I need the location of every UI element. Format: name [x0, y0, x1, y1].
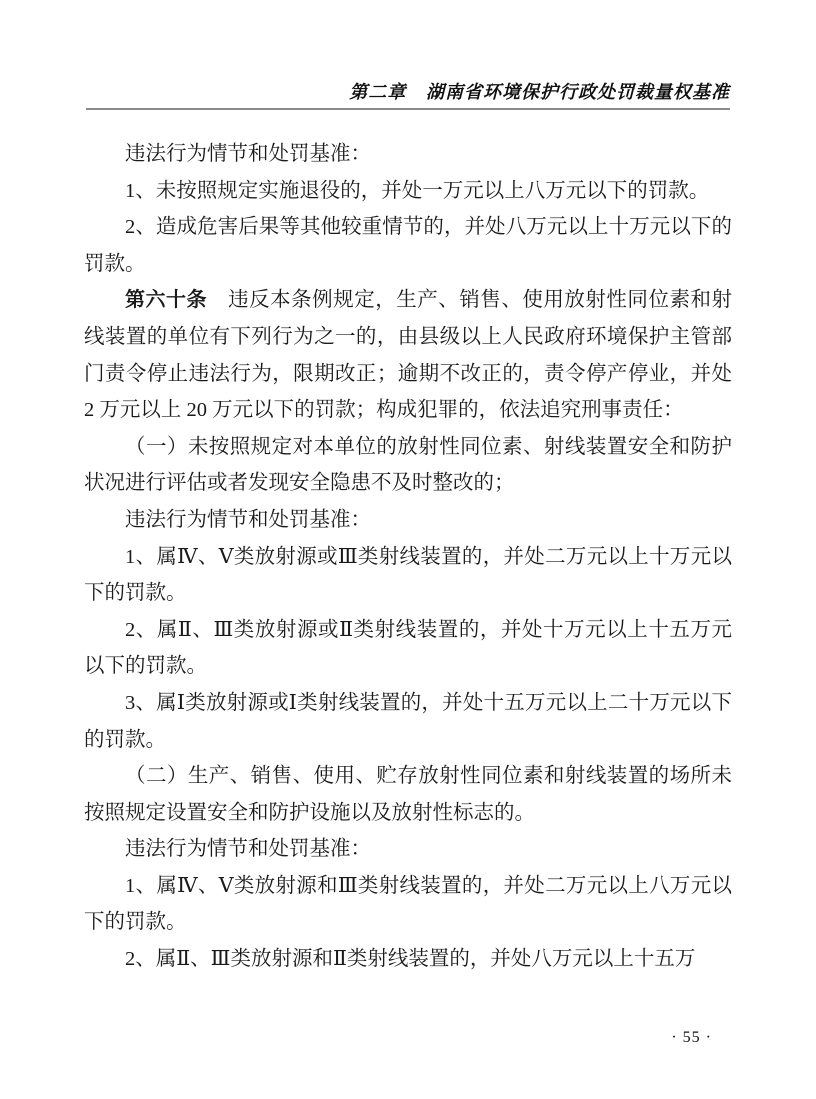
paragraph-item-1-class-iv-v: 1、属Ⅳ、Ⅴ类放射源或Ⅲ类射线装置的，并处二万元以上十万元以下的罚款。 — [84, 539, 732, 612]
document-page: 第二章湖南省环境保护行政处罚裁量权基准 违法行为情节和处罚基准： 1、未按照规定… — [0, 0, 816, 1099]
chapter-title: 湖南省环境保护行政处罚裁量权基准 — [426, 82, 730, 102]
paragraph-item-2-class-ii-iii: 2、属Ⅱ、Ⅲ类放射源或Ⅱ类射线装置的，并处十万元以上十五万元以下的罚款。 — [84, 612, 732, 685]
paragraph-penalty-basis-heading: 违法行为情节和处罚基准： — [84, 136, 732, 173]
chapter-label: 第二章 — [349, 82, 406, 102]
paragraph-penalty-basis-heading-3: 违法行为情节和处罚基准： — [84, 831, 732, 868]
paragraph-article-60: 第六十条 违反本条例规定，生产、销售、使用放射性同位素和射线装置的单位有下列行为… — [84, 282, 732, 428]
paragraph-item-1: 1、未按照规定实施退役的，并处一万元以上八万元以下的罚款。 — [84, 173, 732, 210]
paragraph-item-2: 2、造成危害后果等其他较重情节的，并处八万元以上十万元以下的罚款。 — [84, 209, 732, 282]
paragraph-subitem-two: （二）生产、销售、使用、贮存放射性同位素和射线装置的场所未按照规定设置安全和防护… — [84, 758, 732, 831]
article-60-number: 第六十条 — [125, 289, 207, 311]
paragraph-item-2b-class-ii-iii: 2、属Ⅱ、Ⅲ类放射源和Ⅱ类射线装置的，并处八万元以上十五万 — [84, 941, 732, 978]
paragraph-penalty-basis-heading-2: 违法行为情节和处罚基准： — [84, 502, 732, 539]
page-number: · 55 · — [671, 1029, 712, 1046]
paragraph-item-1b-class-iv-v: 1、属Ⅳ、Ⅴ类放射源和Ⅲ类射线装置的，并处二万元以上八万元以下的罚款。 — [84, 868, 732, 941]
document-body: 违法行为情节和处罚基准： 1、未按照规定实施退役的，并处一万元以上八万元以下的罚… — [0, 110, 816, 978]
paragraph-item-3-class-i: 3、属Ⅰ类放射源或Ⅰ类射线装置的，并处十五万元以上二十万元以下的罚款。 — [84, 685, 732, 758]
page-footer: · 55 · — [671, 1029, 712, 1047]
paragraph-subitem-one: （一）未按照规定对本单位的放射性同位素、射线装置安全和防护状况进行评估或者发现安… — [84, 429, 732, 502]
page-header: 第二章湖南省环境保护行政处罚裁量权基准 — [0, 0, 816, 110]
running-head-text: 第二章湖南省环境保护行政处罚裁量权基准 — [86, 78, 730, 104]
